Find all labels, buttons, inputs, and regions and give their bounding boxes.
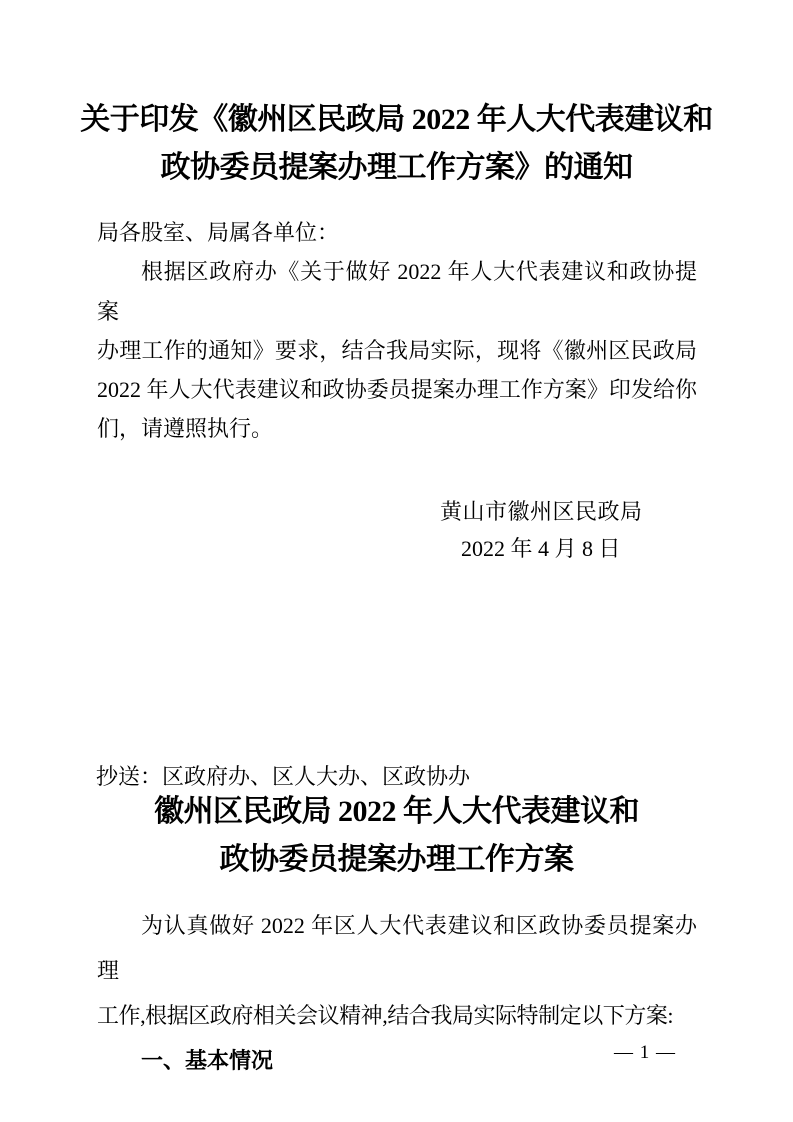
notice-body: 局各股室、局属各单位： 根据区政府办《关于做好 2022 年人大代表建议和政协提… (97, 213, 697, 449)
plan-title-line-1: 徽州区民政局 2022 年人大代表建议和 (0, 788, 793, 836)
notice-salutation: 局各股室、局属各单位： (97, 213, 697, 252)
notice-body-line-4: 们，请遵照执行。 (97, 409, 697, 448)
notice-title: 关于印发《徽州区民政局 2022 年人大代表建议和 政协委员提案办理工作方案》的… (0, 96, 793, 192)
notice-body-line-2: 办理工作的通知》要求，结合我局实际，现将《徽州区民政局 (97, 331, 697, 370)
notice-body-line-3: 2022 年人大代表建议和政协委员提案办理工作方案》印发给你 (97, 370, 697, 409)
signature-organization: 黄山市徽州区民政局 (440, 495, 643, 526)
notice-title-line-2: 政协委员提案办理工作方案》的通知 (0, 144, 793, 192)
plan-body-line-1: 为认真做好 2022 年区人大代表建议和区政协委员提案办理 (97, 903, 697, 993)
notice-title-line-1: 关于印发《徽州区民政局 2022 年人大代表建议和 (0, 96, 793, 144)
plan-title-line-2: 政协委员提案办理工作方案 (0, 836, 793, 884)
signature-date: 2022 年 4 月 8 日 (461, 532, 621, 563)
page-number: — 1 — (600, 1042, 690, 1064)
document-page: 关于印发《徽州区民政局 2022 年人大代表建议和 政协委员提案办理工作方案》的… (0, 0, 793, 1122)
cc-line: 抄送：区政府办、区人大办、区政协办 (96, 760, 470, 791)
notice-body-line-1: 根据区政府办《关于做好 2022 年人大代表建议和政协提案 (97, 252, 697, 331)
plan-title: 徽州区民政局 2022 年人大代表建议和 政协委员提案办理工作方案 (0, 788, 793, 884)
plan-body-line-2: 工作,根据区政府相关会议精神,结合我局实际特制定以下方案: (97, 993, 697, 1038)
